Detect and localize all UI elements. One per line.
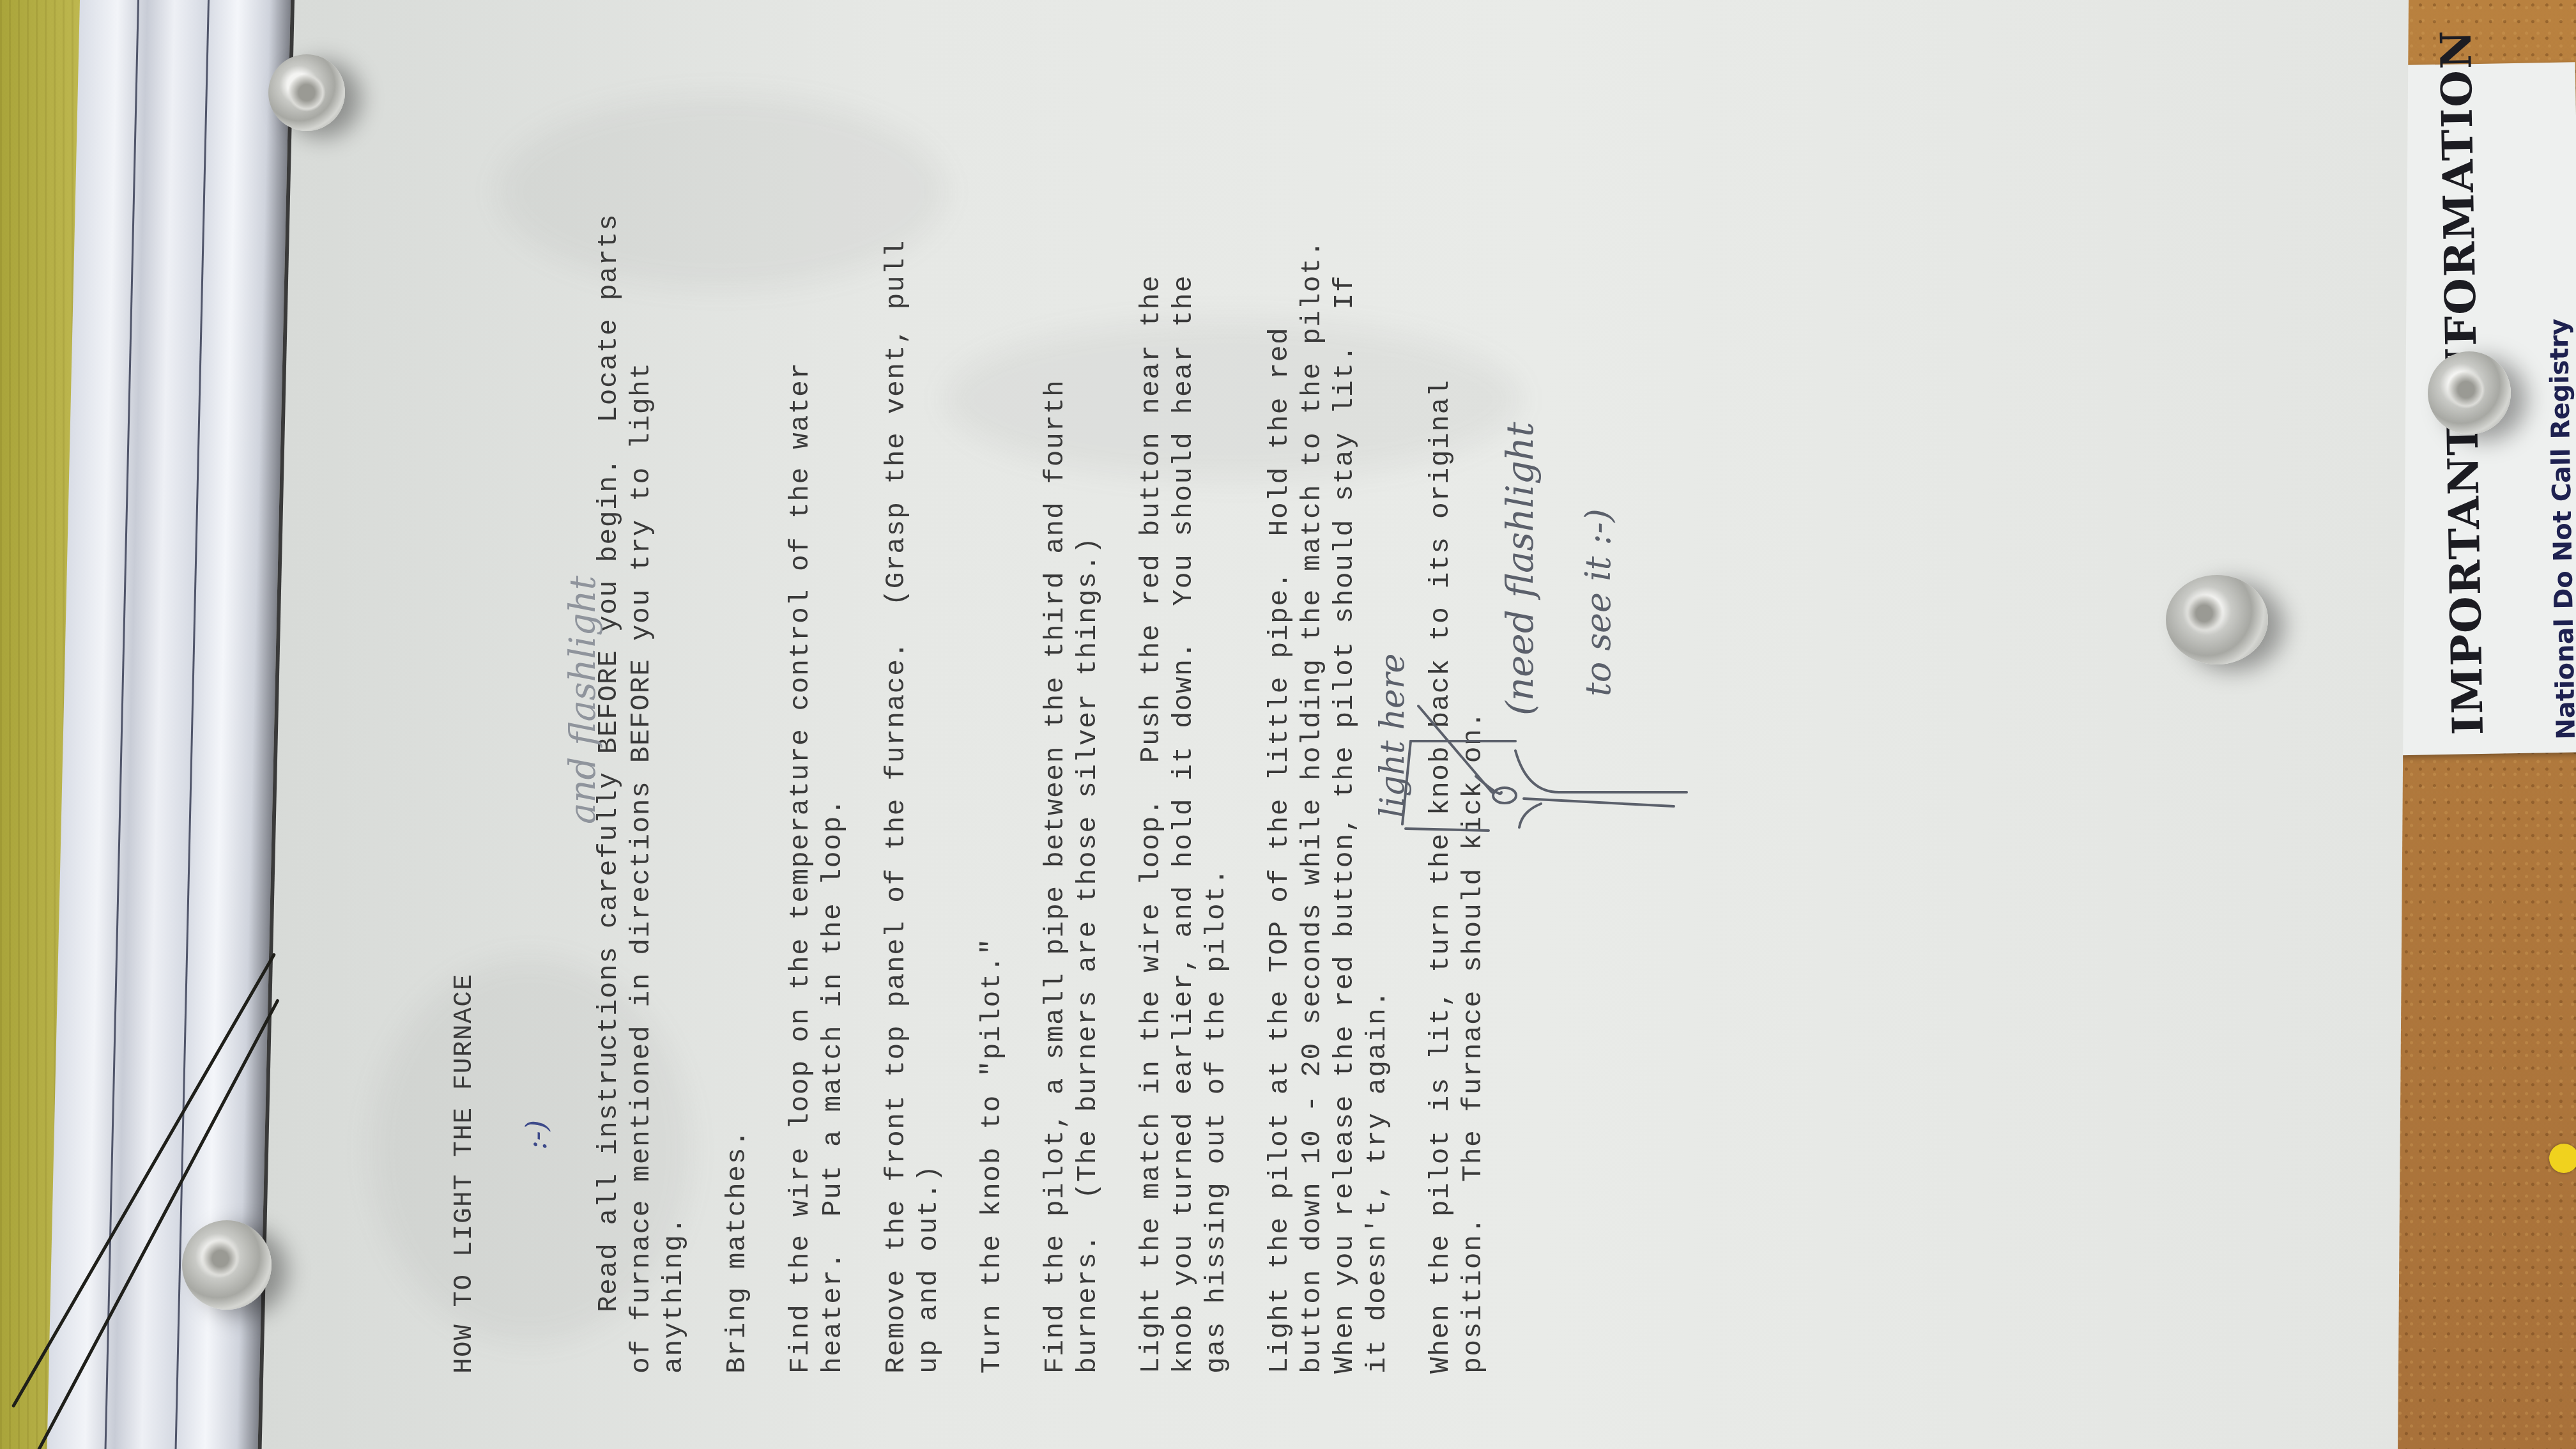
document-title: HOW TO LIGHT THE FURNACE — [448, 64, 481, 1374]
instruction-line: button down 10 - 20 seconds while holdin… — [1296, 64, 1328, 1374]
instruction-line: Bring matches. — [721, 64, 753, 1374]
instruction-line: When you release the red button, the pil… — [1328, 64, 1361, 1374]
instruction-line: Find the pilot, a small pipe between the… — [1039, 64, 1071, 1374]
instruction-line: Light the match in the wire loop. Push t… — [1135, 64, 1167, 1374]
instruction-paragraph: Turn the knob to "pilot." — [976, 64, 1008, 1374]
instruction-line: gas hissing out of the pilot. — [1200, 64, 1232, 1374]
notice-card-subtitle: National Do Not Call Registry — [2545, 318, 2576, 740]
instruction-line: Find the wire loop on the temperature co… — [784, 64, 816, 1374]
instruction-line: of furnace mentioned in directions BEFOR… — [625, 64, 657, 1374]
instruction-line: burners. (The burners are those silver t… — [1071, 64, 1104, 1374]
pilot-diagram-sketch — [1374, 511, 1725, 1054]
smiley-annotation: :-) — [521, 1120, 553, 1150]
instruction-line: Turn the knob to "pilot." — [976, 64, 1008, 1374]
instruction-line: up and out.) — [912, 64, 945, 1374]
instruction-line: knob you turned earlier, and hold it dow… — [1167, 64, 1200, 1374]
thumbtack-card — [2428, 351, 2511, 434]
instruction-paragraph: Light the match in the wire loop. Push t… — [1135, 64, 1232, 1374]
thumbtack-middle-right — [2166, 575, 2268, 664]
yellow-pushpin — [2549, 1144, 2576, 1173]
instruction-line: heater. Put a match in the loop. — [816, 64, 849, 1374]
instruction-paragraph: Find the wire loop on the temperature co… — [784, 64, 849, 1374]
instruction-paragraph: Find the pilot, a small pipe between the… — [1039, 64, 1104, 1374]
thumbtack-bottom-left — [182, 1220, 272, 1310]
aluminum-trim — [47, 0, 295, 1449]
and-flashlight-annotation: and flashlight — [562, 576, 604, 824]
instruction-paragraph: Read all instructions carefully BEFORE y… — [592, 64, 690, 1374]
instruction-paragraph: Bring matches. — [721, 64, 753, 1374]
instruction-line: Remove the front top panel of the furnac… — [880, 64, 912, 1374]
instruction-line: Light the pilot at the TOP of the little… — [1263, 64, 1296, 1374]
instruction-line: anything. — [657, 64, 690, 1374]
thumbtack-top-left — [268, 54, 345, 131]
instruction-paragraph: Remove the front top panel of the furnac… — [880, 64, 945, 1374]
